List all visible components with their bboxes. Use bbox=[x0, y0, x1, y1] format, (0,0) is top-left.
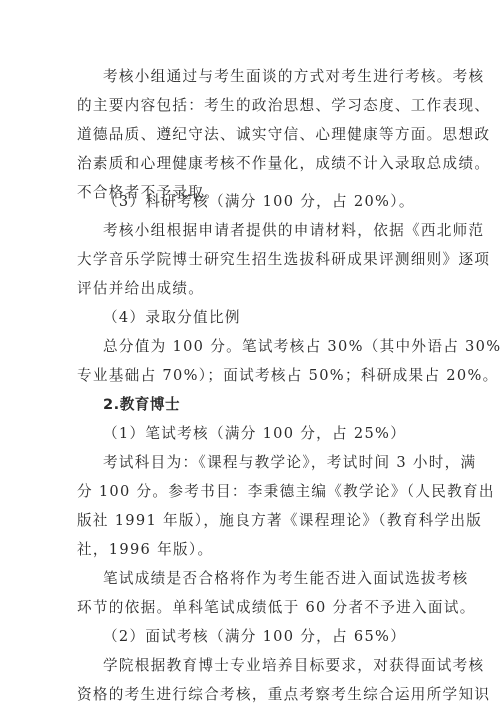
section-heading: （1）笔试考核（满分 100 分，占 25%） bbox=[103, 424, 406, 444]
paragraph-line: 评估并给出成绩。 bbox=[77, 279, 204, 299]
paragraph-line: 考核小组根据申请者提供的申请材料，依据《西北师范 bbox=[103, 221, 484, 241]
section-heading: （3）科研考核（满分 100 分，占 20%）。 bbox=[103, 192, 415, 212]
paragraph-line: 大学音乐学院博士研究生招生选拔科研成果评测细则》逐项 bbox=[77, 250, 490, 270]
paragraph-line: 专业基础占 70%）；面试考核占 50%；科研成果占 20%。 bbox=[77, 366, 499, 386]
paragraph-line: 考核小组通过与考生面谈的方式对考生进行考核。考核 bbox=[103, 67, 484, 87]
paragraph-line: 学院根据教育博士专业培养目标要求，对获得面试考核 bbox=[103, 656, 484, 676]
paragraph-line: 环节的依据。单科笔试成绩低于 60 分者不予进入面试。 bbox=[77, 598, 476, 618]
paragraph-line: 道德品质、遵纪守法、诚实守信、心理健康等方面。思想政 bbox=[77, 125, 490, 145]
paragraph-line: 笔试成绩是否合格将作为考生能否进入面试选拔考核 bbox=[103, 569, 469, 589]
document-page: 考核小组通过与考生面谈的方式对考生进行考核。考核 的主要内容包括：考生的政治思想… bbox=[0, 0, 500, 707]
chapter-heading: 2.教育博士 bbox=[103, 395, 180, 415]
section-heading: （2）面试考核（满分 100 分，占 65%） bbox=[103, 627, 406, 647]
paragraph-line: 治素质和心理健康考核不作量化，成绩不计入录取总成绩。 bbox=[77, 154, 490, 174]
paragraph-line: 社，1996 年版）。 bbox=[77, 540, 213, 560]
paragraph-line: 的主要内容包括：考生的政治思想、学习态度、工作表现、 bbox=[77, 96, 490, 116]
paragraph-line: 考试科目为：《课程与教学论》，考试时间 3 小时，满 bbox=[103, 453, 476, 473]
paragraph-line: 总分值为 100 分。笔试考核占 30%（其中外语占 30%， bbox=[103, 337, 500, 357]
paragraph-line: 资格的考生进行综合考核，重点考察考生综合运用所学知识 bbox=[77, 685, 490, 705]
paragraph-line: 版社 1991 年版），施良方著《课程理论》（教育科学出版 bbox=[77, 511, 482, 531]
section-heading: （4）录取分值比例 bbox=[103, 308, 241, 328]
paragraph-line: 分 100 分。参考书目：李秉德主编《教学论》（人民教育出 bbox=[77, 482, 495, 502]
